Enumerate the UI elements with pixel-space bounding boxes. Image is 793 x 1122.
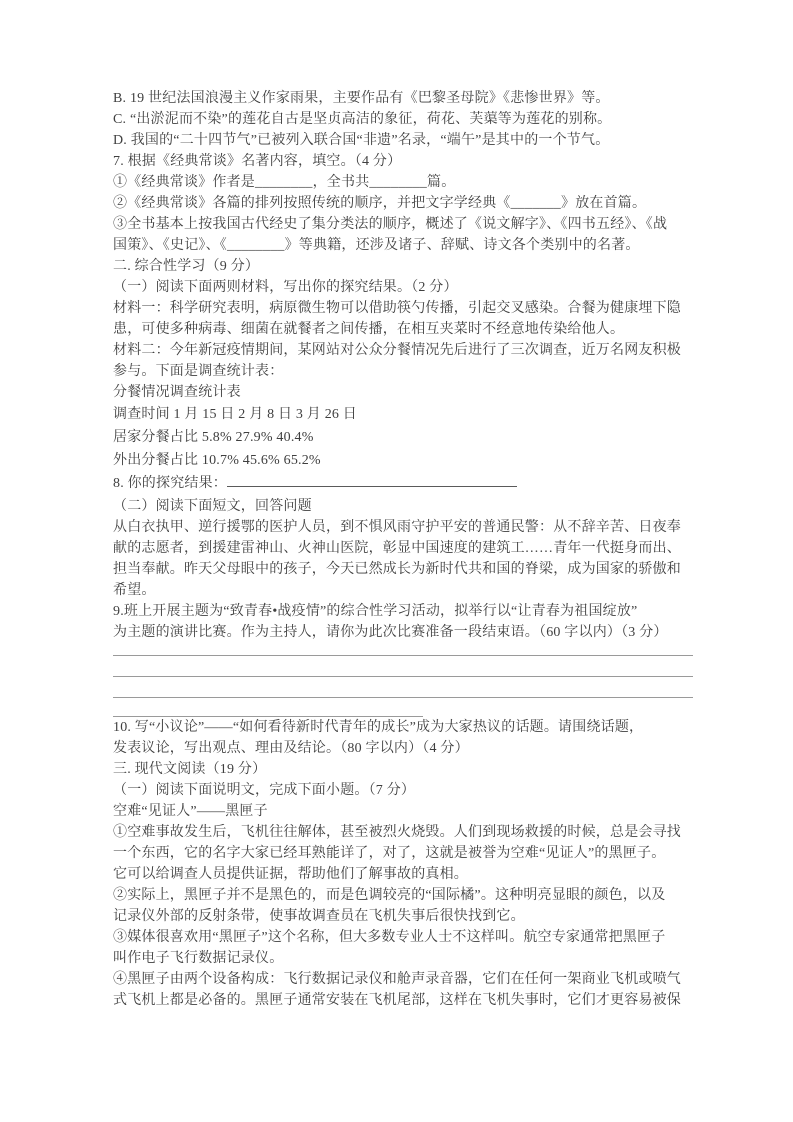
essay-para-1-line-1: ①空难事故发生后，飞机往往解体，甚至被烈火烧毁。人们到现场救援的时候，总是会寻找 [113, 822, 688, 843]
q7-item-2: ②《经典常谈》各篇的排列按照传统的顺序，并把文字学经典《_______》放在首篇… [113, 193, 688, 214]
essay-para-4-line-1: ④黑匣子由两个设备构成：飞行数据记录仪和舱声录音器，它们在任何一架商业飞机或喷气 [113, 969, 688, 990]
option-c: C. “出淤泥而不染”的莲花自古是坚贞高洁的象征，荷花、芙蕖等为莲花的别称。 [113, 109, 688, 130]
answer-line [113, 643, 693, 656]
survey-table-row-out: 外出分餐占比 10.7% 45.6% 65.2% [113, 449, 688, 472]
material-1-line-2: 患，可使多种病毒、细菌在就餐者之间传播，在相互夹菜时不经意地传染给他人。 [113, 319, 688, 340]
answer-line [113, 656, 693, 677]
essay-para-3-line-1: ③媒体很喜欢用“黑匣子”这个名称，但大多数专业人士不这样叫。航空专家通常把黑匣子 [113, 927, 688, 948]
essay-para-1-line-3: 它可以给调查人员提供证据，帮助他们了解事故的真相。 [113, 864, 688, 885]
material-1-line-1: 材料一：科学研究表明，病原微生物可以借助筷勺传播，引起交叉感染。合餐为健康埋下隐 [113, 298, 688, 319]
q7-item-3: ③全书基本上按我国古代经史了集分类法的顺序，概述了《说文解字》、《四书五经》、《… [113, 214, 688, 235]
part-1-reading-instruction: （一）阅读下面说明文，完成下面小题。（7 分） [113, 780, 688, 801]
option-d: D. 我国的“二十四节气”已被列入联合国“非遗”名录，“端午”是其中的一个节气。 [113, 130, 688, 151]
passage-line-4: 希望。 [113, 580, 688, 601]
q9-answer-area [113, 643, 693, 717]
part-1-instruction: （一）阅读下面两则材料，写出你的探究结果。（2 分） [113, 277, 688, 298]
essay-para-2-line-1: ②实际上，黑匣子并不是黑色的，而是色调较亮的“国际橘”。这种明亮显眼的颜色，以及 [113, 885, 688, 906]
part-2-instruction: （二）阅读下面短文，回答问题 [113, 496, 688, 517]
essay-para-1-line-2: 一个东西，它的名字大家已经耳熟能详了，对了，这就是被誉为空难“见证人”的黑匣子。 [113, 843, 688, 864]
essay-para-3-line-2: 叫作电子飞行数据记录仪。 [113, 948, 688, 969]
q8-label: 8. 你的探究结果： [113, 476, 227, 491]
question-9-cont: 为主题的演讲比赛。作为主持人，请你为此次比赛准备一段结束语。（60 字以内）（3… [113, 622, 688, 643]
survey-table-title: 分餐情况调查统计表 [113, 382, 688, 403]
survey-table-row-home: 居家分餐占比 5.8% 27.9% 40.4% [113, 426, 688, 449]
document-content: B. 19 世纪法国浪漫主义作家雨果，主要作品有《巴黎圣母院》《悲惨世界》等。 … [113, 88, 688, 1011]
exam-page: B. 19 世纪法国浪漫主义作家雨果，主要作品有《巴黎圣母院》《悲惨世界》等。 … [0, 0, 793, 1122]
question-10: 10. 写“小议论”——“如何看待新时代青年的成长”成为大家热议的话题。请围绕话… [113, 717, 688, 738]
passage-line-1: 从白衣执甲、逆行援鄂的医护人员，到不惧风雨守护平安的普通民警：从不辞辛苦、日夜奉 [113, 517, 688, 538]
question-9: 9.班上开展主题为“致青春•战疫情”的综合性学习活动，拟举行以“让青春为祖国绽放… [113, 601, 688, 622]
option-b: B. 19 世纪法国浪漫主义作家雨果，主要作品有《巴黎圣母院》《悲惨世界》等。 [113, 88, 688, 109]
answer-line [113, 677, 693, 698]
q8-answer-blank [227, 472, 517, 487]
question-8: 8. 你的探究结果： [113, 472, 688, 496]
q7-item-3-cont: 国策》、《史记》、《________》等典籍，还涉及诸子、辞赋、诗文各个类别中的… [113, 235, 688, 256]
passage-line-2: 献的志愿者，到援建雷神山、火神山医院，彰显中国速度的建筑工……青年一代挺身而出、 [113, 538, 688, 559]
question-10-cont: 发表议论，写出观点、理由及结论。（80 字以内）（4 分） [113, 738, 688, 759]
section-3-heading: 三. 现代文阅读（19 分） [113, 759, 688, 780]
essay-para-2-line-2: 记录仪外部的反射条带，使事故调查员在飞机失事后很快找到它。 [113, 906, 688, 927]
question-7: 7. 根据《经典常谈》名著内容，填空。（4 分） [113, 151, 688, 172]
material-2-line-2: 参与。下面是调查统计表： [113, 361, 688, 382]
material-2-line-1: 材料二：今年新冠疫情期间，某网站对公众分餐情况先后进行了三次调查，近万名网友积极 [113, 340, 688, 361]
essay-title: 空难“见证人”——黑匣子 [113, 801, 688, 822]
survey-table-header-row: 调查时间 1 月 15 日 2 月 8 日 3 月 26 日 [113, 403, 688, 426]
q7-item-1: ①《经典常谈》作者是________，全书共________篇。 [113, 172, 688, 193]
section-2-heading: 二. 综合性学习（9 分） [113, 256, 688, 277]
passage-line-3: 担当奉献。昨天父母眼中的孩子，今天已然成长为新时代共和国的脊梁，成为国家的骄傲和 [113, 559, 688, 580]
answer-line-short [113, 698, 423, 717]
essay-para-4-line-2: 式飞机上都是必备的。黑匣子通常安装在飞机尾部，这样在飞机失事时，它们才更容易被保 [113, 990, 688, 1011]
